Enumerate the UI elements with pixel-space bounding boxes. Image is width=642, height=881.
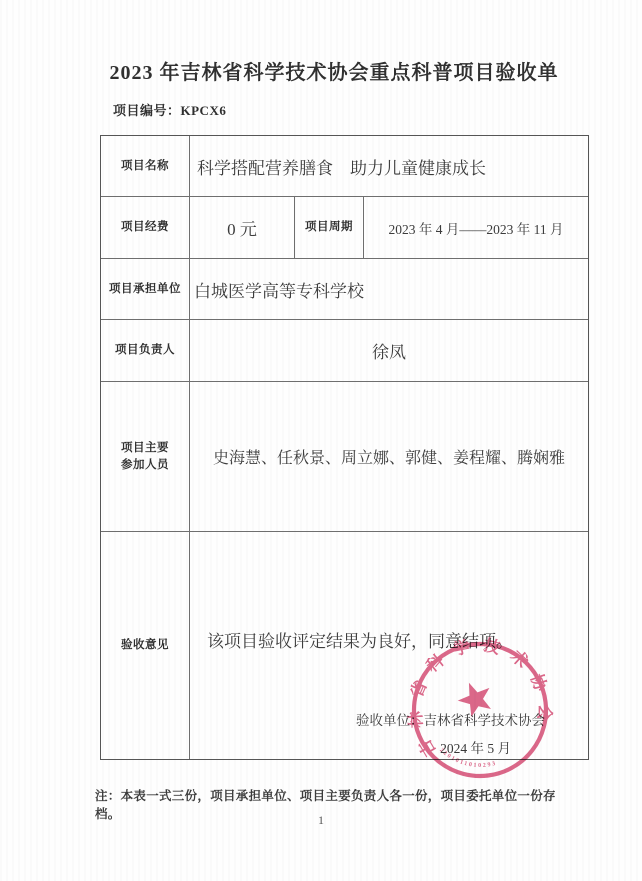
project-period-value: 2023 年 4 月——2023 年 11 月 <box>363 197 588 258</box>
project-period-label: 项目周期 <box>294 197 363 258</box>
table-row-main-members: 项目主要 参加人员 史海慧、任秋景、周立娜、郭健、姜程耀、腾娴雅 <box>101 381 588 531</box>
project-budget-value: 0 元 <box>189 197 294 258</box>
project-name-value: 科学搭配营养膳食 助力儿童健康成长 <box>189 136 588 196</box>
main-members-label: 项目主要 参加人员 <box>101 382 189 531</box>
table-row-undertaking-unit: 项目承担单位 白城医学高等专科学校 <box>101 258 588 319</box>
main-members-label-line2: 参加人员 <box>121 457 169 474</box>
acceptance-opinion-label: 验收意见 <box>101 532 189 759</box>
table-row-project-name: 项目名称 科学搭配营养膳食 助力儿童健康成长 <box>101 136 588 196</box>
undertaking-unit-label: 项目承担单位 <box>101 259 189 319</box>
page-number: 1 <box>0 813 642 828</box>
project-leader-label: 项目负责人 <box>101 320 189 381</box>
scanned-form-page: 2023 年吉林省科学技术协会重点科普项目验收单 项目编号：KPCX6 项目名称… <box>0 0 642 881</box>
main-members-value: 史海慧、任秋景、周立娜、郭健、姜程耀、腾娴雅 <box>189 382 588 531</box>
project-leader-value: 徐凤 <box>189 320 588 381</box>
table-row-project-leader: 项目负责人 徐凤 <box>101 319 588 381</box>
project-budget-label: 项目经费 <box>101 197 189 258</box>
main-members-label-line1: 项目主要 <box>121 440 169 457</box>
project-name-label: 项目名称 <box>101 136 189 196</box>
page-title: 2023 年吉林省科学技术协会重点科普项目验收单 <box>0 56 642 85</box>
table-row-budget-period: 项目经费 0 元 项目周期 2023 年 4 月——2023 年 11 月 <box>101 196 588 258</box>
star-icon <box>453 676 497 719</box>
official-seal-stamp: 吉林省科学技术协会 2201011010293 <box>386 616 573 803</box>
project-code: 项目编号：KPCX6 <box>113 100 226 119</box>
undertaking-unit-value: 白城医学高等专科学校 <box>189 259 588 319</box>
